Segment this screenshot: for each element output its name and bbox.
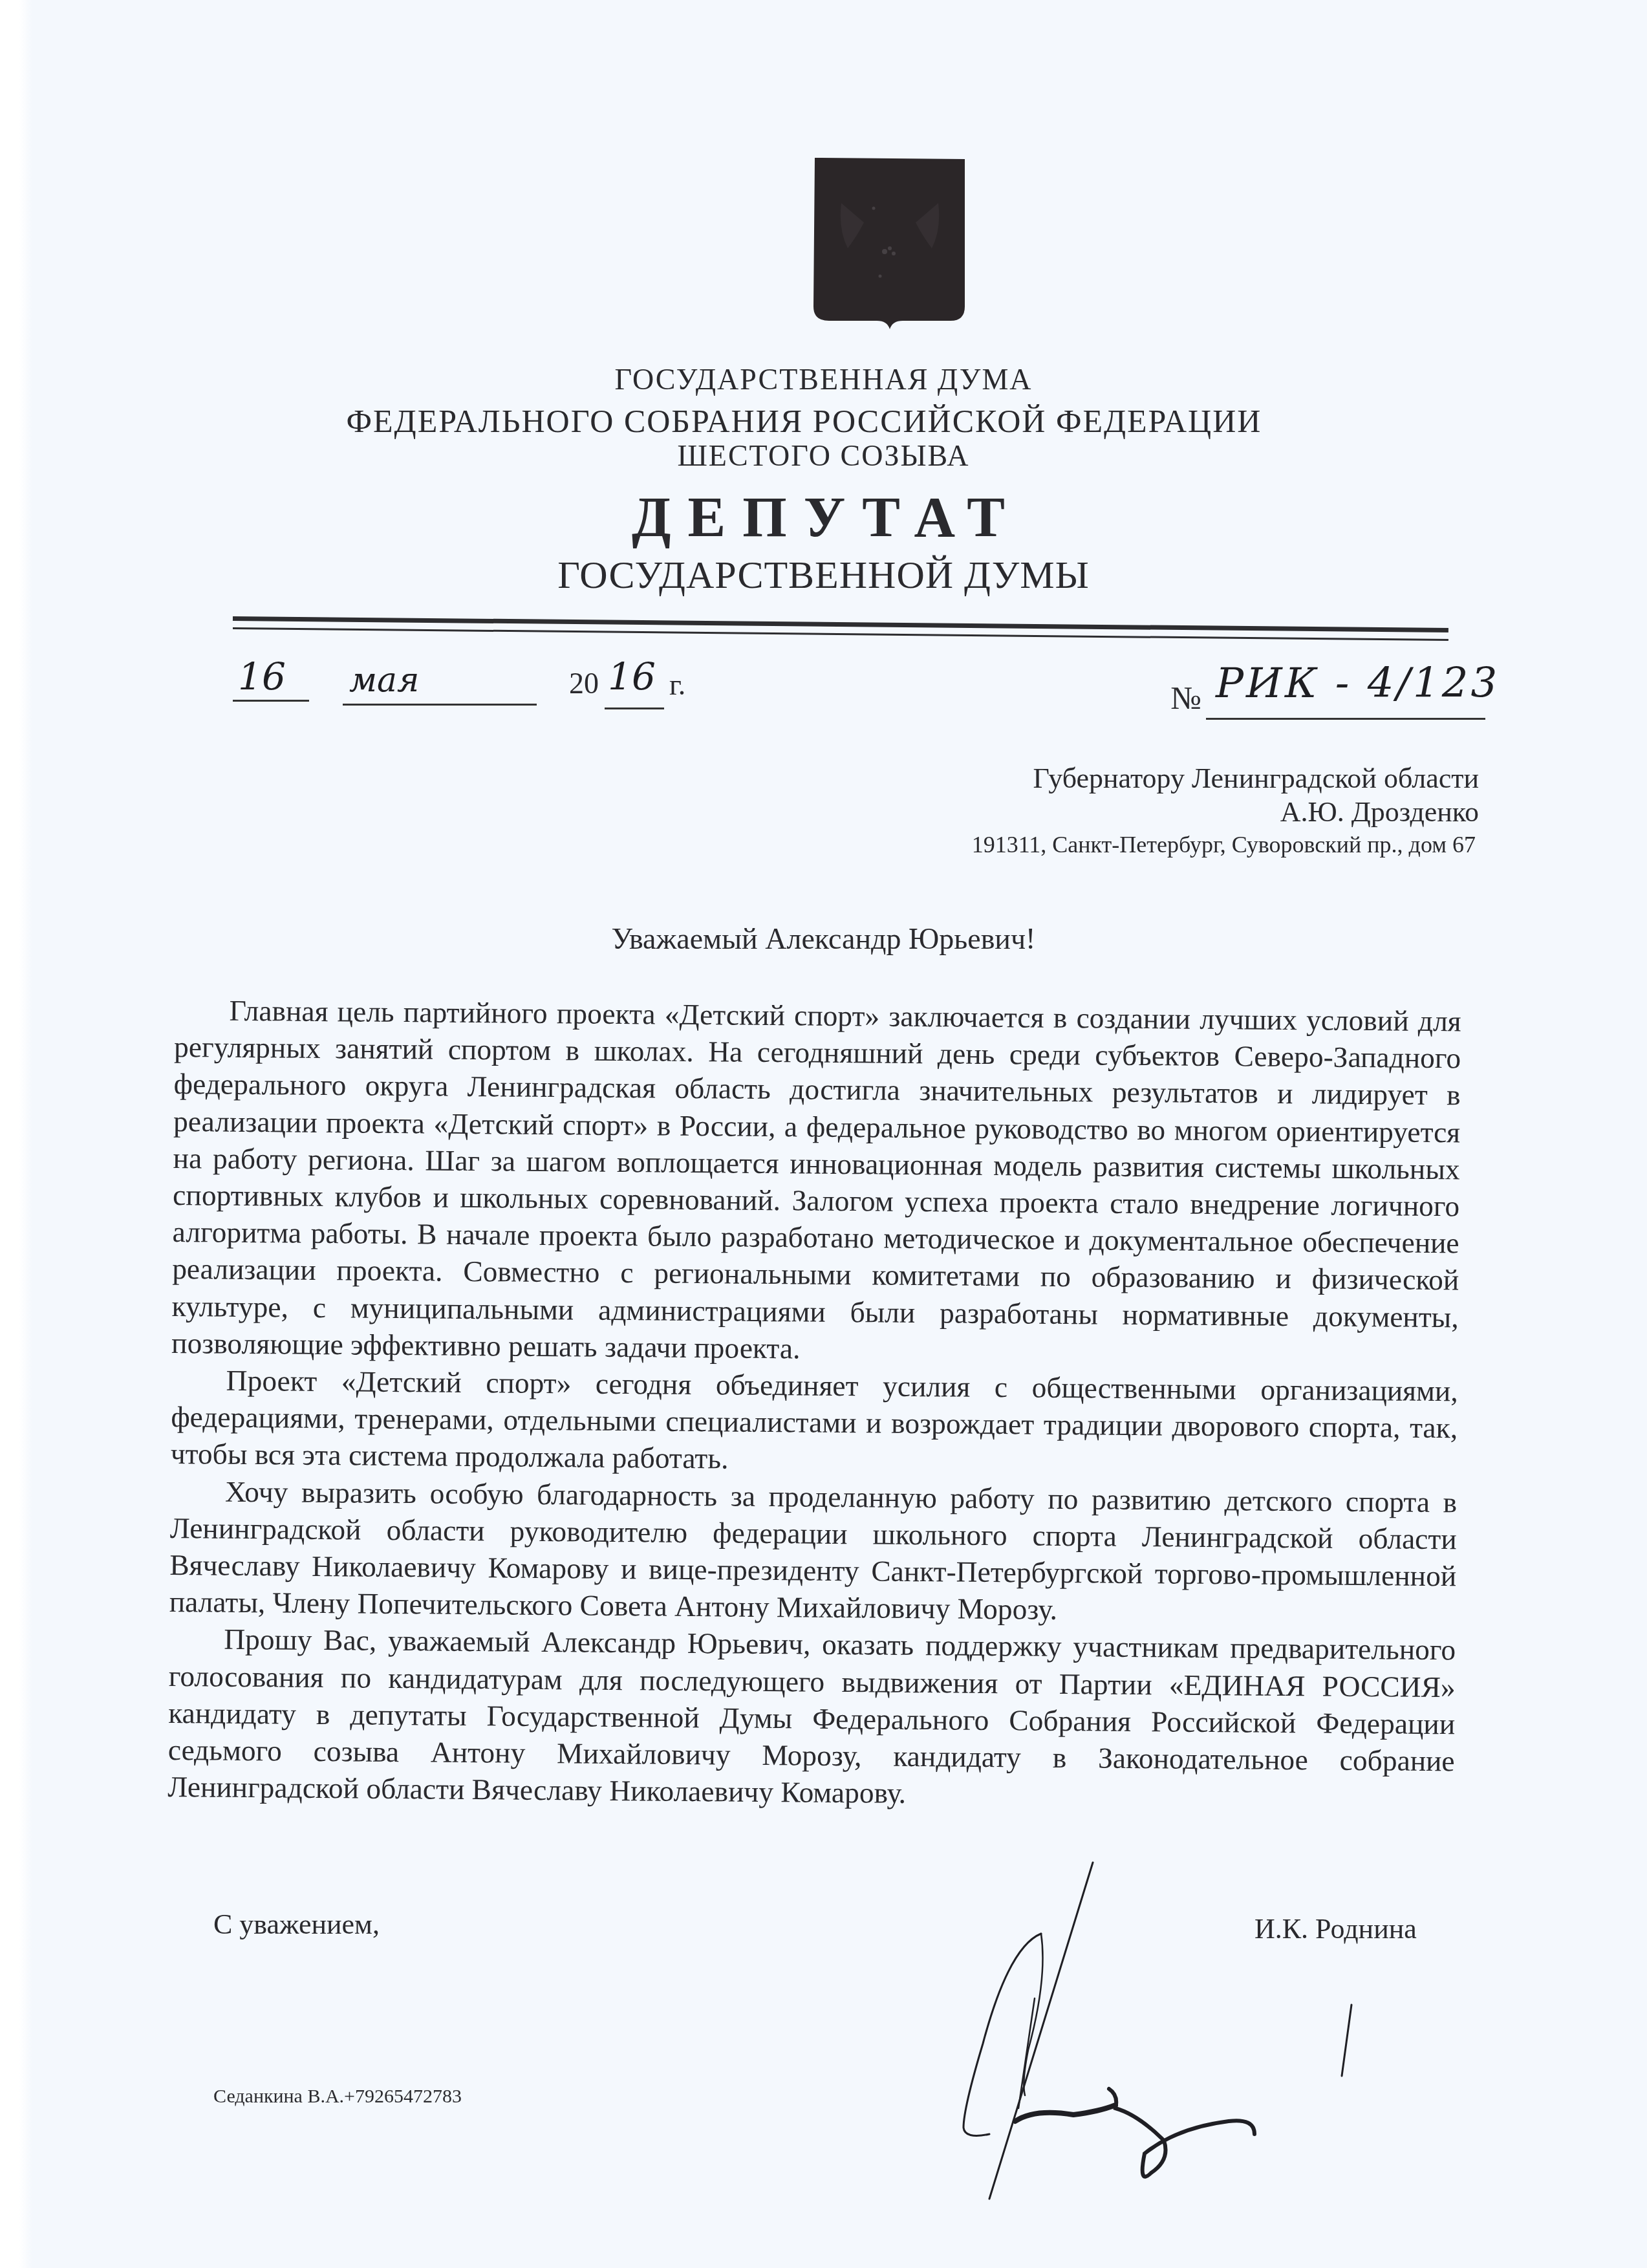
coat-of-arms-icon [812,158,967,329]
paragraph: Проект «Детский спорт» сегодня объединяе… [171,1361,1458,1484]
date-month-underline [343,704,537,706]
date-day-underline [233,700,309,702]
scan-edge [0,0,32,2268]
letterhead-line-3: ШЕСТОГО СОЗЫВА [0,438,1647,473]
date-year-unit: г. [669,667,685,702]
salutation: Уважаемый Александр Юрьевич! [0,922,1647,956]
handwritten-signature [892,1850,1474,2212]
paragraph: Главная цель партийного проекта «Детский… [171,991,1461,1372]
number-sign: № [1170,679,1201,717]
addressee-position: Губернатору Ленинградской области [1033,762,1480,795]
letterhead-line-1: ГОСУДАРСТВЕННАЯ ДУМА [0,362,1647,396]
paragraph: Прошу Вас, уважаемый Александр Юрьевич, … [167,1620,1456,1816]
date-day: 16 [238,654,286,698]
closing: С уважением, [213,1908,380,1941]
letter-body: Главная цель партийного проекта «Детский… [167,991,1461,1817]
contact-person: Седанкина В.А.+79265472783 [213,2086,462,2108]
addressee-address: 191311, Санкт-Петербург, Суворовский пр.… [972,831,1476,858]
date-year-suffix: 16 [608,654,656,698]
date-month: мая [349,661,420,700]
addressee-name: А.Ю. Дрозденко [1280,795,1479,828]
number-underline [1206,718,1485,720]
outgoing-number: РИК - 4/123 [1216,660,1500,707]
letterhead-line-2: ФЕДЕРАЛЬНОГО СОБРАНИЯ РОССИЙСКОЙ ФЕДЕРАЦ… [0,402,1628,440]
date-year-underline [605,707,664,709]
date-year-prefix: 20 [569,666,599,700]
letterhead-title: ДЕПУТАТ [3,485,1647,550]
paragraph: Хочу выразить особую благодарность за пр… [169,1473,1458,1632]
letterhead-subtitle: ГОСУДАРСТВЕННОЙ ДУМЫ [0,553,1647,598]
